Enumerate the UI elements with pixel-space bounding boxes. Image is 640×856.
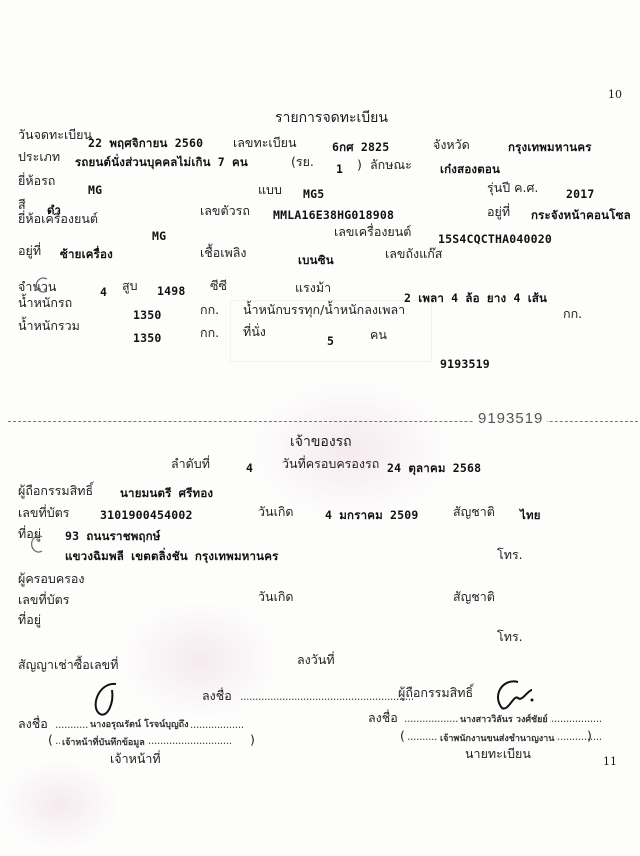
load-label: น้ำหนักบรรทุก/น้ำหนักลงเพลา	[243, 303, 405, 317]
gross-label: น้ำหนักรวม	[18, 319, 80, 333]
ry-label: (รย.	[291, 155, 314, 169]
nationality-value: ไทย	[520, 508, 541, 522]
color-label: สี	[18, 198, 26, 212]
serial-number-faint: 9193519	[474, 410, 547, 427]
weight-value: 1350	[133, 308, 162, 322]
dob-value: 4 มกราคม 2509	[325, 508, 419, 522]
style-value: เก๋งสองตอน	[440, 162, 500, 176]
holder-sign-dots: ........................................…	[240, 690, 414, 704]
owner-phone-label: โทร.	[497, 548, 523, 562]
registrar-title: นายทะเบียน	[465, 747, 531, 761]
seats-value: 5	[327, 334, 334, 348]
seats-unit: คน	[370, 328, 387, 342]
ry-value: 1	[336, 162, 343, 176]
cylinders-value: 4	[100, 285, 107, 299]
style-label: ลักษณะ	[370, 158, 412, 172]
possession-date-value: 24 ตุลาคม 2568	[387, 461, 481, 475]
reg-date-label: วันจดทะเบียน	[18, 128, 92, 142]
signed-date-label: ลงวันที่	[297, 653, 335, 667]
possessor-nationality-label: สัญชาติ	[453, 590, 495, 604]
paper-stain	[250, 380, 450, 520]
owner-title: เจ้าของรถ	[290, 435, 352, 449]
possession-date-label: วันที่ครอบครองรถ	[282, 457, 379, 471]
officer-signature-scribble	[88, 680, 128, 720]
year-label: รุ่นปี ค.ศ.	[487, 181, 538, 195]
registration-title: รายการจดทะเบียน	[275, 111, 388, 125]
registrar-position: เจ้าพนักงานขนส่งชำนาญงาน	[438, 732, 556, 746]
nationality-label: สัญชาติ	[453, 505, 495, 519]
cylinders-unit: สูบ	[122, 279, 138, 293]
possessor-address-label: ที่อยู่	[18, 613, 41, 627]
vin-location-value: กระจังหน้าคอนโซล	[531, 208, 631, 222]
registrar-sign-prefix: ลงชื่อ	[368, 711, 398, 725]
officer-position: เจ้าหน้าที่บันทึกข้อมูล	[60, 736, 147, 750]
gross-value: 1350	[133, 331, 162, 345]
ry-close: )	[357, 158, 362, 172]
registration-document: 10 รายการจดทะเบียน วันจดทะเบียน 22 พฤศจิ…	[0, 0, 640, 856]
registrar-paren-close: )	[587, 729, 592, 743]
province-value: กรุงเทพมหานคร	[508, 140, 592, 154]
hire-purchase-label: สัญญาเช่าซื้อเลขที่	[18, 658, 118, 672]
brand-label: ยี่ห้อรถ	[18, 174, 55, 188]
paper-stain	[0, 760, 120, 850]
cc-value: 1498	[157, 284, 186, 298]
officer-sign-prefix: ลงชื่อ	[18, 717, 48, 731]
id-value: 3101900454002	[100, 508, 193, 522]
engine-brand-value: MG	[152, 229, 166, 243]
model-value: MG5	[303, 187, 324, 201]
possessor-phone-label: โทร.	[497, 630, 523, 644]
fuel-value: เบนซิน	[298, 253, 334, 267]
officer-paren-open: (	[48, 733, 53, 747]
plate-label: เลขทะเบียน	[233, 136, 297, 150]
engine-brand-label: ยี่ห้อเครื่องยนต์	[18, 212, 98, 226]
registrar-paren-open: (	[400, 729, 405, 743]
vin-location-label: อยู่ที่	[487, 205, 510, 219]
load-unit: กก.	[563, 307, 582, 321]
model-label: แบบ	[258, 183, 282, 197]
seats-label: ที่นั่ง	[243, 325, 266, 339]
serial-number: 9193519	[440, 357, 490, 371]
order-value: 4	[246, 461, 253, 475]
fuel-label: เชื้อเพลิง	[200, 246, 247, 260]
type-value: รถยนต์นั่งส่วนบุคคลไม่เกิน 7 คน	[75, 155, 248, 169]
officer-title: เจ้าหน้าที่	[110, 752, 161, 766]
engine-location-value: ซ้ายเครื่อง	[60, 247, 113, 261]
holder-sign-suffix: ผู้ถือกรรมสิทธิ์	[398, 686, 473, 700]
holder-label: ผู้ถือกรรมสิทธิ์	[18, 484, 93, 498]
province-label: จังหวัด	[433, 138, 470, 152]
officer-paren-close: )	[250, 733, 255, 747]
gross-unit: กก.	[200, 326, 219, 340]
possessor-dob-label: วันเกิด	[258, 590, 294, 604]
hp-label: แรงม้า	[295, 281, 331, 295]
possessor-label: ผู้ครอบครอง	[18, 572, 85, 586]
dob-label: วันเกิด	[258, 505, 294, 519]
brand-value: MG	[88, 183, 102, 197]
id-label: เลขที่บัตร	[18, 506, 69, 520]
gas-tank-label: เลขถังแก๊ส	[385, 247, 442, 261]
engine-location-label: อยู่ที่	[18, 244, 41, 258]
holder-sign-prefix: ลงชื่อ	[202, 689, 232, 703]
engine-no-label: เลขเครื่องยนต์	[334, 225, 411, 239]
engine-no-value: 15S4CQCTHA040020	[438, 232, 552, 246]
address-line2: แขวงฉิมพลี เขตตลิ่งชัน กรุงเทพมหานคร	[65, 549, 279, 563]
vin-label: เลขตัวรถ	[200, 204, 250, 218]
page-number-bottom: 11	[603, 755, 617, 769]
year-value: 2017	[566, 187, 595, 201]
order-label: ลำดับที่	[171, 457, 210, 471]
registrar-signature-scribble	[488, 676, 538, 716]
punch-hole-icon	[30, 535, 46, 553]
officer-name: นางอรุณรัตน์ โรจน์บุญถึง	[88, 718, 190, 732]
axles-value: 2 เพลา 4 ล้อ ยาง 4 เส้น	[404, 291, 547, 305]
reg-date-value: 22 พฤศจิกายน 2560	[88, 136, 203, 150]
weight-unit: กก.	[200, 303, 219, 317]
holder-value: นายมนตรี ศรีทอง	[120, 486, 213, 500]
cc-unit: ซีซี	[210, 279, 227, 293]
address-line1: 93 ถนนราชพฤกษ์	[65, 529, 161, 543]
page-number-top: 10	[608, 88, 622, 102]
vin-value: MMLA16E38HG018908	[273, 208, 394, 222]
registrar-name: นางสาววิลันร วงศ์ชัยย์	[458, 713, 550, 727]
weight-label: น้ำหนักรถ	[18, 296, 72, 310]
punch-hole-icon	[35, 277, 51, 293]
possessor-id-label: เลขที่บัตร	[18, 593, 69, 607]
plate-value: 6กศ 2825	[332, 140, 389, 154]
type-label: ประเภท	[18, 150, 60, 164]
